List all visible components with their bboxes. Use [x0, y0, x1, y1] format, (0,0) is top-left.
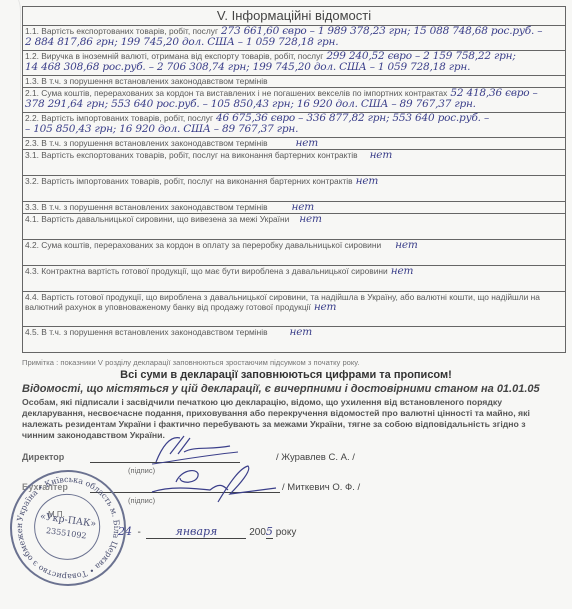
row-value: нет: [268, 326, 313, 338]
table-row: 4.4. Вартість готової продукції, що виро…: [23, 292, 566, 327]
signing-date: 24 - января 2005 року: [118, 525, 296, 539]
row-label: 2.2. Вартість імпортованих товарів, робі…: [25, 113, 213, 123]
table-row: 3.2. Вартість імпортованих товарів, робі…: [23, 176, 566, 202]
row-label: 2.3. В т.ч. з порушення встановлених зак…: [25, 138, 268, 148]
director-name: / Журавлев С. А. /: [276, 452, 355, 463]
row-label: 4.3. Контрактна вартість готової продукц…: [25, 266, 388, 276]
company-stamp: Україна • Київська область м. Біла Церкв…: [2, 462, 133, 593]
table-row: 3.3. В т.ч. з порушення встановлених зак…: [23, 202, 566, 214]
row-value: нет: [381, 239, 418, 251]
row-value-cont: – 105 850,43 грн; 16 920 дол. США – 89 7…: [25, 123, 563, 135]
director-role: Директор: [22, 452, 64, 462]
row-label: 3.3. В т.ч. з порушення встановлених зак…: [25, 202, 268, 212]
table-row: 4.2. Сума коштів, перерахованих за кордо…: [23, 240, 566, 266]
row-value: нет: [358, 149, 393, 161]
table-row: 1.2. Виручка в іноземній валюті, отриман…: [23, 51, 566, 76]
row-label: 1.3. В т.ч. з порушення встановлених зак…: [25, 76, 268, 86]
table-row: 4.3. Контрактна вартість готової продукц…: [23, 266, 566, 292]
row-label: 4.4. Вартість готової продукції, що виро…: [25, 292, 540, 312]
row-value: нет: [289, 213, 322, 225]
italic-notice: Відомості, що містяться у цій декларації…: [22, 383, 540, 395]
date-suffix: року: [276, 527, 297, 538]
information-table: V. Інформаційні відомості 1.1. Вартість …: [22, 6, 566, 353]
liability-paragraph: Особам, які підписали і засвідчили печат…: [22, 397, 542, 441]
table-row: 1.3. В т.ч. з порушення встановлених зак…: [23, 76, 566, 88]
row-label: 4.2. Сума коштів, перерахованих за кордо…: [25, 240, 381, 250]
declaration-page: V. Інформаційні відомості 1.1. Вартість …: [0, 0, 572, 609]
table-row: 4.5. В т.ч. з порушення встановлених зак…: [23, 327, 566, 353]
table-row: 1.1. Вартість експортованих товарів, роб…: [23, 26, 566, 51]
table-row: 2.3. В т.ч. з порушення встановлених зак…: [23, 138, 566, 150]
row-label: 3.1. Вартість експортованих товарів, роб…: [25, 150, 358, 160]
row-label: 4.1. Вартість давальницької сировини, що…: [25, 214, 289, 224]
row-value: нет: [353, 175, 379, 187]
footnote: Примітка : показники V розділу деклараці…: [22, 358, 359, 367]
row-label: 3.2. Вартість імпортованих товарів, робі…: [25, 176, 353, 186]
row-value-cont: 2 884 817,86 грн; 199 745,20 дол. США – …: [25, 36, 563, 48]
table-row: 4.1. Вартість давальницької сировини, що…: [23, 214, 566, 240]
table-row: 3.1. Вартість експортованих товарів, роб…: [23, 150, 566, 176]
bold-notice: Всі суми в декларації заповнюються цифра…: [0, 369, 572, 381]
director-signature-icon: [150, 432, 240, 466]
row-value-cont: 14 468 308,68 рос.руб. – 2 706 308,74 гр…: [25, 61, 563, 73]
date-year-prefix: 200: [249, 527, 266, 538]
table-row: 2.2. Вартість імпортованих товарів, робі…: [23, 113, 566, 138]
date-month: января: [176, 525, 218, 538]
row-value-cont: 378 291,64 грн; 553 640 рос.руб. – 105 8…: [25, 98, 563, 110]
accountant-name: / Миткевич О. Ф. /: [282, 482, 360, 493]
date-year-digit: 5: [266, 525, 273, 538]
paper-fold-shadow: [0, 0, 21, 100]
row-value: нет: [268, 201, 315, 213]
row-label: 1.2. Виручка в іноземній валюті, отриман…: [25, 51, 323, 61]
table-row: 2.1. Сума коштів, перерахованих за кордо…: [23, 88, 566, 113]
row-label: 4.5. В т.ч. з порушення встановлених зак…: [25, 327, 268, 337]
row-value: нет: [388, 265, 414, 277]
accountant-signature-icon: [140, 462, 280, 512]
row-value: нет: [268, 137, 319, 149]
section-title: V. Інформаційні відомості: [23, 7, 566, 26]
row-label: 1.1. Вартість експортованих товарів, роб…: [25, 26, 218, 36]
row-label: 2.1. Сума коштів, перерахованих за кордо…: [25, 88, 447, 98]
row-value: нет: [311, 301, 337, 313]
